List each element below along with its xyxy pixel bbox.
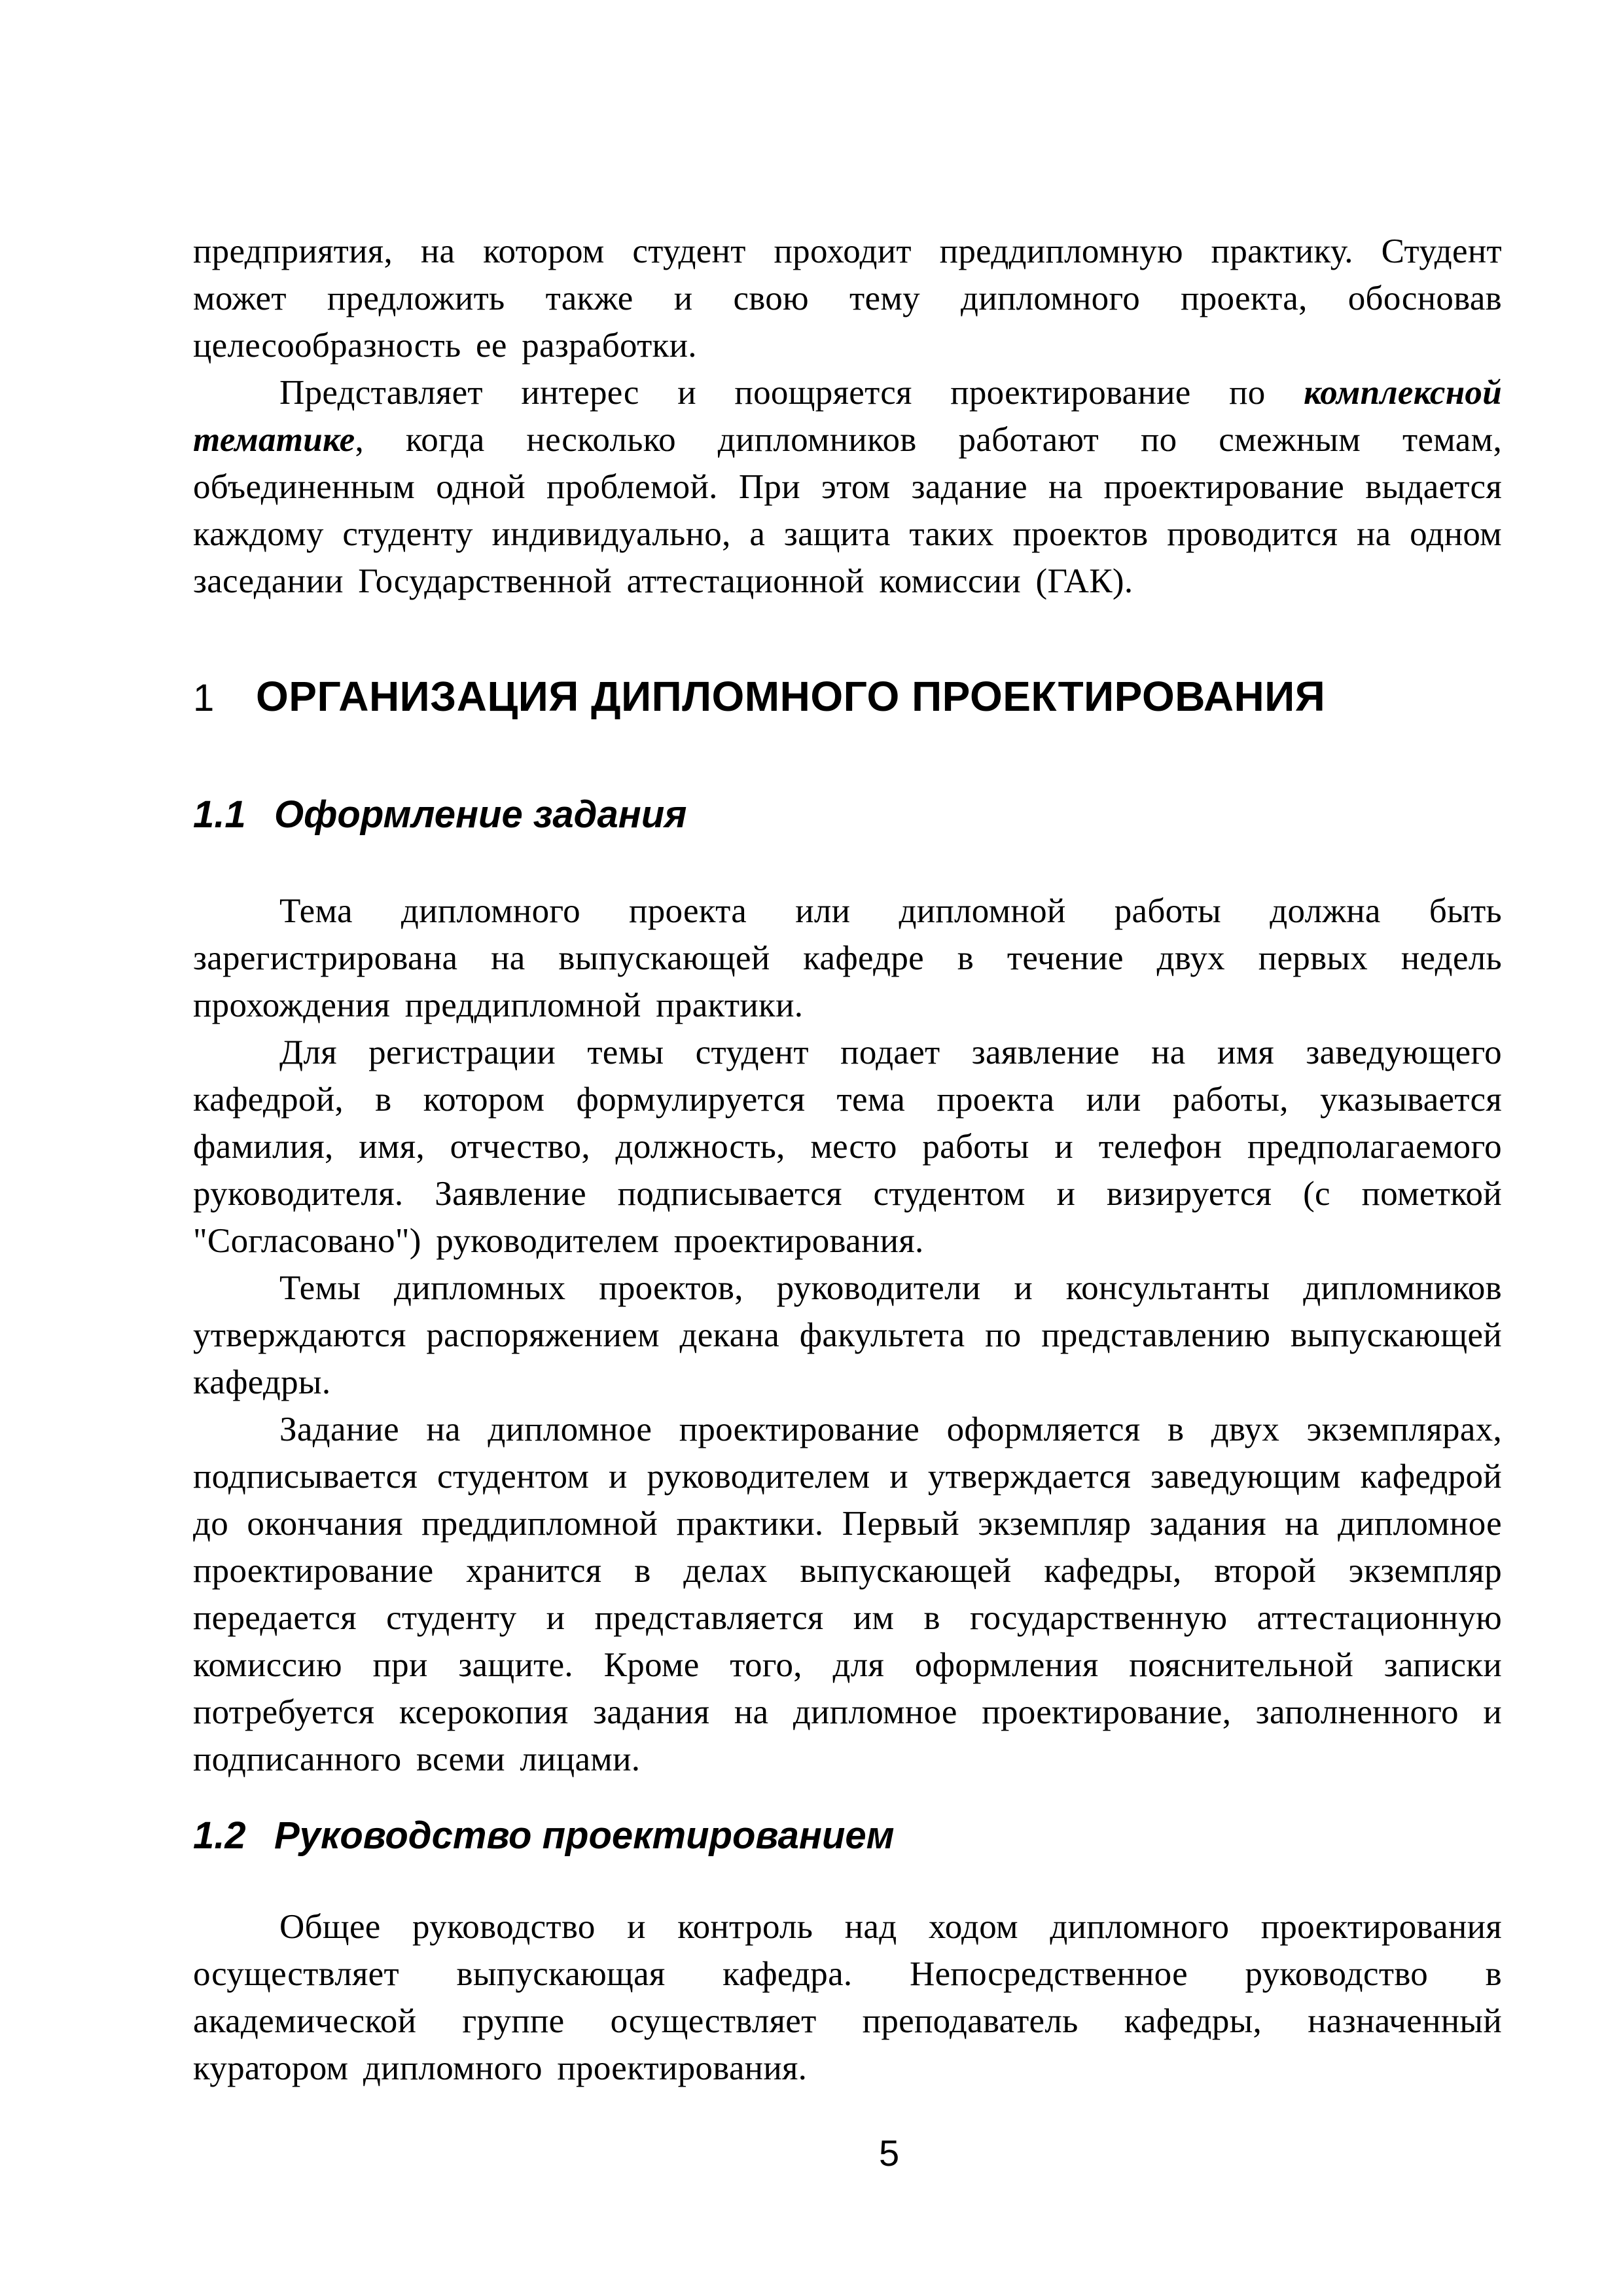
paragraph-text-pre: Представляет интерес и поощряется проект… [279,374,1304,412]
paragraph: Для регистрации темы студент подает заяв… [193,1029,1502,1265]
subsection-2-block: 1.2Руководство проектированием Общее рук… [193,1814,1502,2092]
subsection-1-number: 1.1 [193,793,274,836]
subsection-1-title: Оформление задания [274,793,687,836]
paragraph: Общее руководство и контроль над ходом д… [193,1903,1502,2092]
section-heading: 1ОРГАНИЗАЦИЯ ДИПЛОМНОГО ПРОЕКТИРОВАНИЯ [193,673,1502,722]
intro-text-block: предприятия, на котором студент проходит… [193,228,1502,605]
paragraph: Темы дипломных проектов, руководители и … [193,1265,1502,1406]
subsection-2-number: 1.2 [193,1814,274,1857]
subsection-1-heading: 1.1Оформление задания [193,793,1502,836]
subsection-2-heading: 1.2Руководство проектированием [193,1814,1502,1857]
paragraph-text-post: , когда несколько дипломников работают п… [193,421,1502,600]
document-page: предприятия, на котором студент проходит… [0,0,1623,2296]
page-number: 5 [879,2135,899,2172]
paragraph-continuation: предприятия, на котором студент проходит… [193,228,1502,369]
paragraph: Задание на дипломное проектирование офор… [193,1406,1502,1783]
subsection-2-title: Руководство проектированием [274,1814,895,1857]
section-title: ОРГАНИЗАЦИЯ ДИПЛОМНОГО ПРОЕКТИРОВАНИЯ [256,673,1325,720]
paragraph-complex-topics: Представляет интерес и поощряется проект… [193,369,1502,605]
section-number: 1 [193,675,256,722]
paragraph: Тема дипломного проекта или дипломной ра… [193,888,1502,1029]
subsection-1-block: 1.1Оформление задания Тема дипломного пр… [193,793,1502,1783]
